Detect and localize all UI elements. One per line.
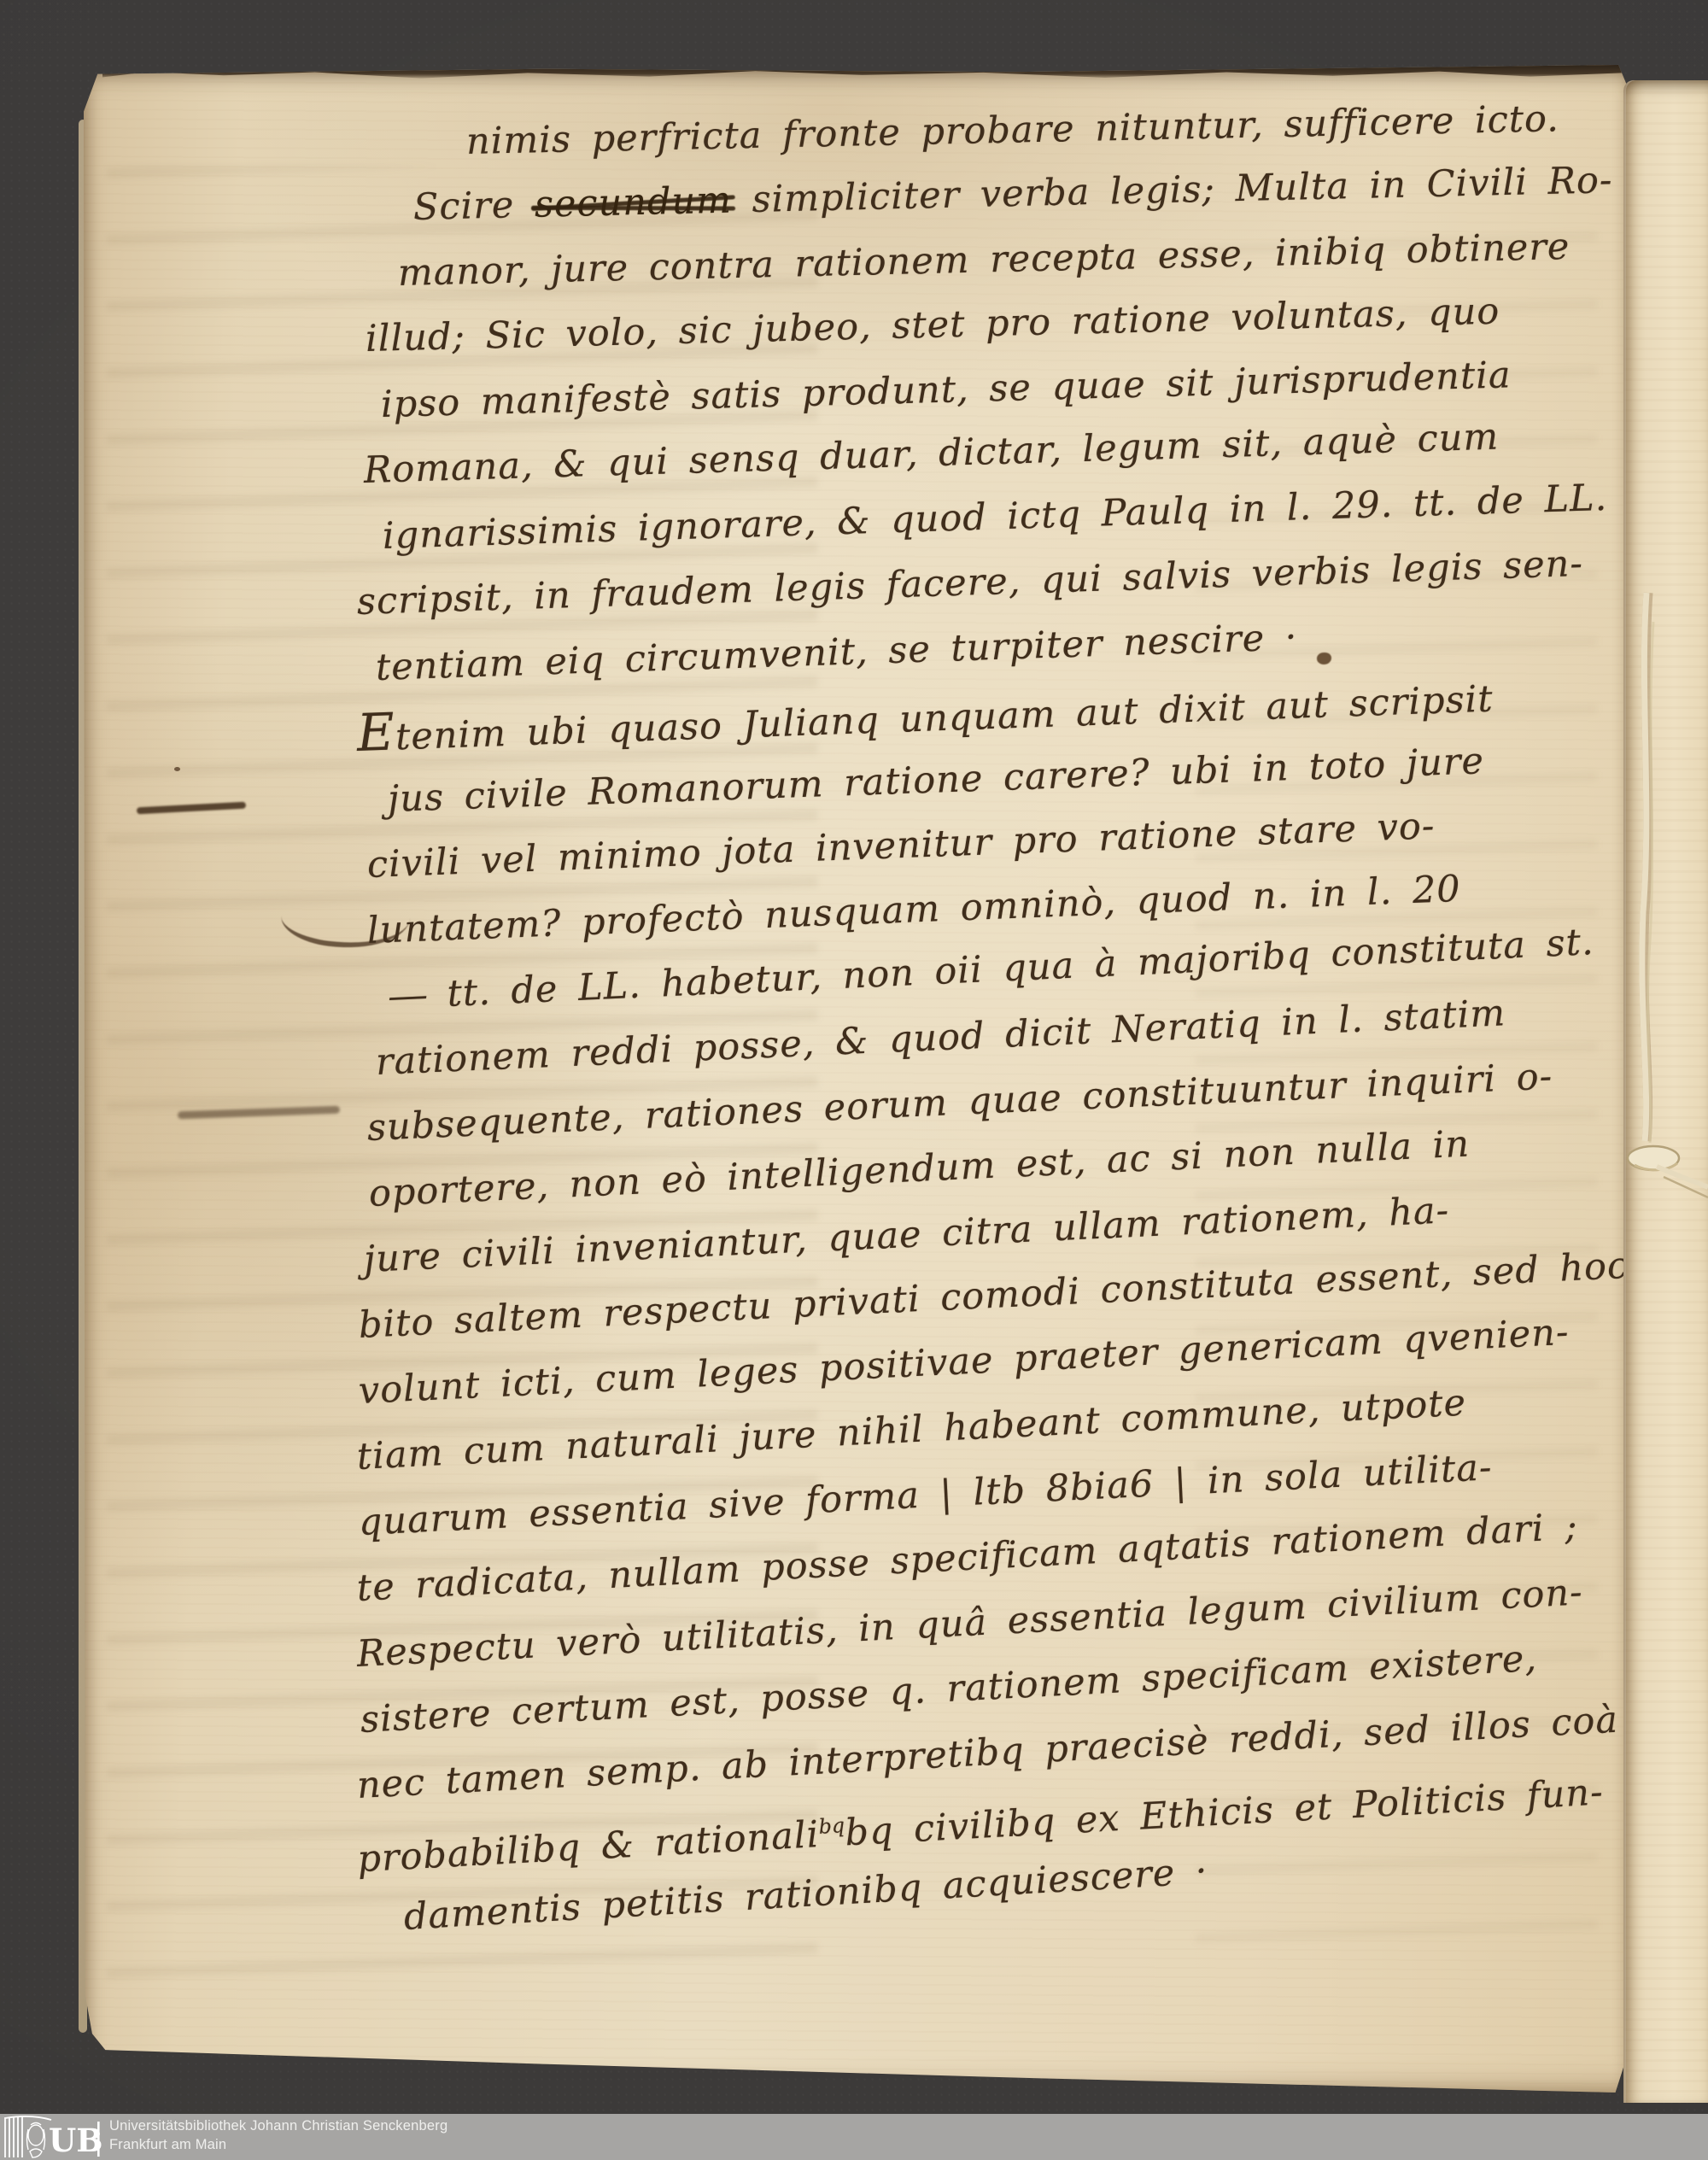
paper-torn-edge (102, 65, 1622, 79)
ub-logo: UB (2, 2114, 104, 2160)
footer-institution: Universitätsbibliothek Johann Christian … (109, 2117, 447, 2136)
handwritten-text: E (356, 702, 396, 764)
footer-text: Universitätsbibliothek Johann Christian … (109, 2117, 447, 2154)
footer-bar: UB Universitätsbibliothek Johann Christi… (0, 2114, 1708, 2160)
manuscript-page: nimis perfricta fronte probare nituntur,… (84, 65, 1628, 2093)
footer-city: Frankfurt am Main (109, 2136, 447, 2155)
binding-thread (1602, 588, 1708, 1271)
ub-logo-text: UB (49, 2122, 103, 2159)
deleted-word: secundum (534, 179, 732, 226)
superscript-correction: bq (818, 1813, 845, 1839)
scan-viewer: nimis perfricta fronte probare nituntur,… (0, 0, 1708, 2160)
handwritten-text: Scire (412, 184, 535, 229)
handwritten-text: simpliciter verba legis; Multa in Civili… (731, 159, 1613, 221)
manuscript-text: nimis perfricta fronte probare nituntur,… (357, 109, 1638, 1951)
senckenberg-portrait-icon (27, 2123, 45, 2158)
